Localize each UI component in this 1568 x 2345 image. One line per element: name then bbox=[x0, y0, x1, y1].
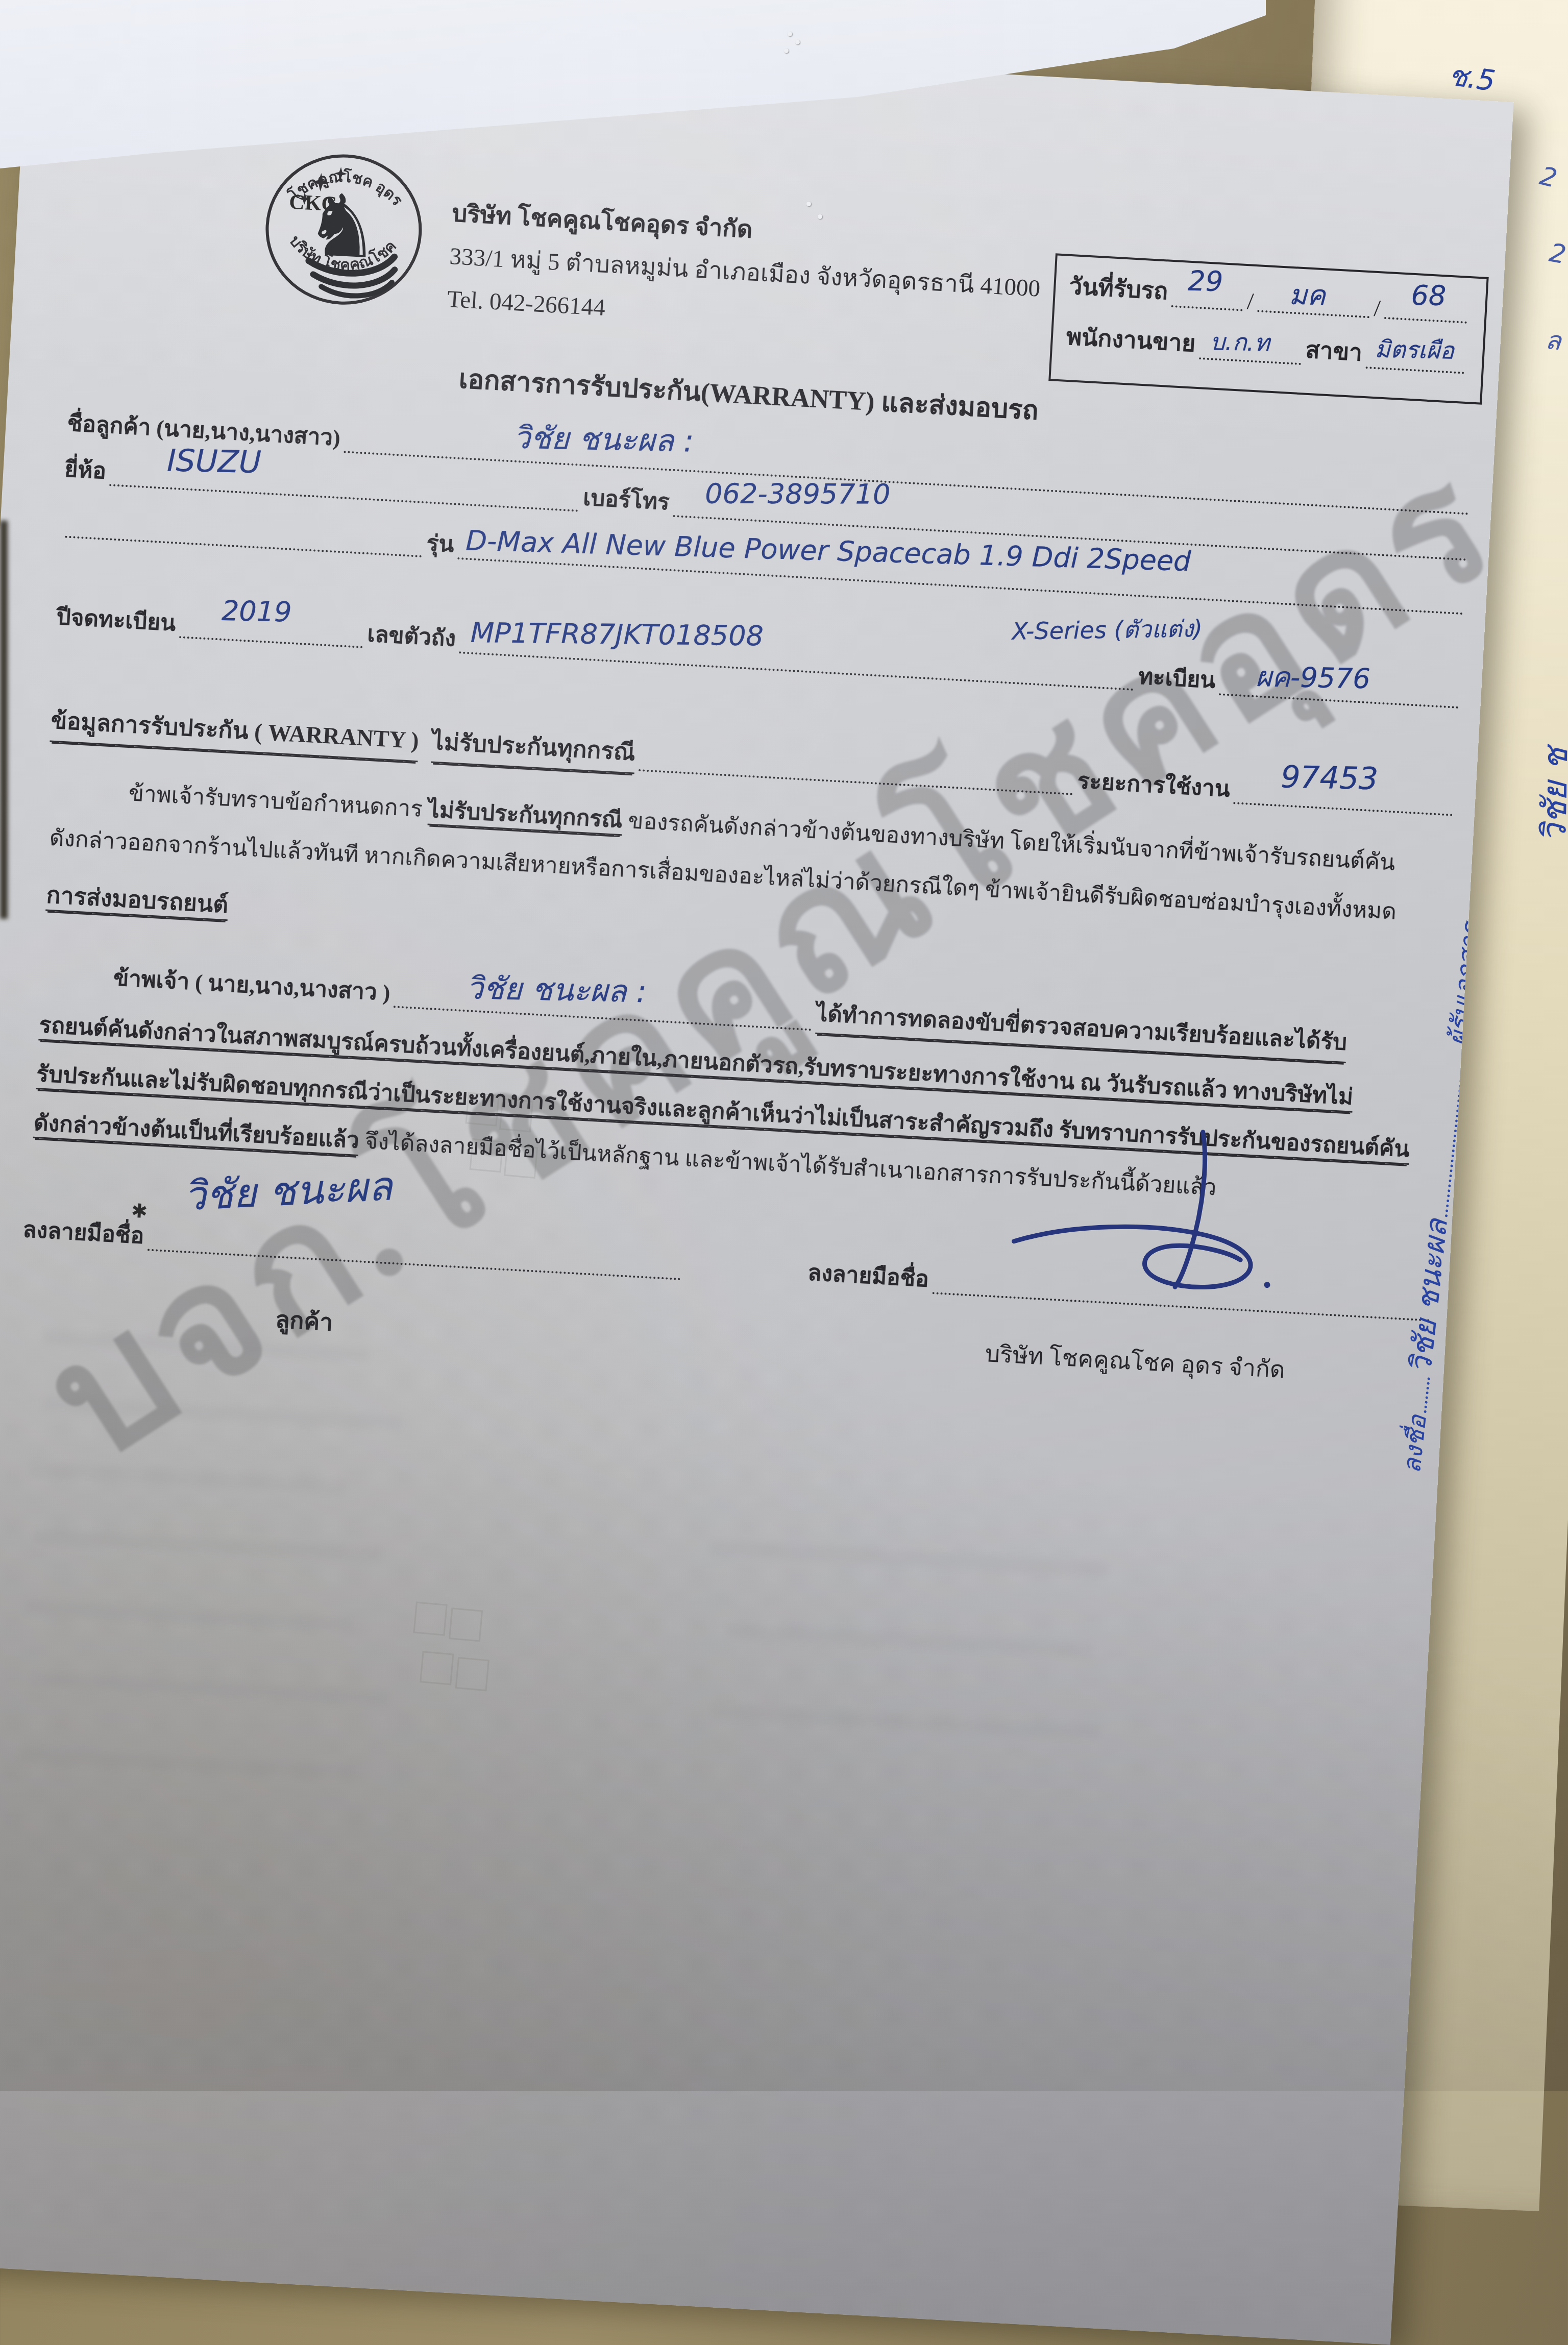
edge-vertical-handwriting: วิชัย ช bbox=[1527, 747, 1568, 843]
delivery-heading: การส่งมอบรถยนต์ bbox=[45, 876, 229, 924]
dotted-line: 68 bbox=[1384, 311, 1467, 324]
slash: / bbox=[1246, 287, 1255, 315]
customer-signature-handwriting: วิชัย ชนะผล bbox=[182, 1154, 394, 1228]
dotted-line bbox=[65, 530, 422, 557]
warranty-info-value: ไม่รับประกันทุกกรณี bbox=[431, 723, 636, 774]
paragraph-text: ข้าพเจ้ารับทราบข้อกำหนดการ bbox=[52, 776, 429, 822]
delivery-line1: ได้ทำการทดลองขับขี่ตรวจสอบความเรียบร้อยแ… bbox=[815, 995, 1348, 1063]
sign-label-left: ลงลายมือชื่อ bbox=[22, 1211, 145, 1254]
dotted-line: มค bbox=[1257, 304, 1370, 318]
receive-date-box: วันที่รับรถ 29 / มค / 68 พนักงานขาย บ.ก.… bbox=[1048, 253, 1488, 404]
company-signature-flourish bbox=[981, 1116, 1306, 1307]
handwritten-chassis: MP1TFR87JKT018508 bbox=[471, 617, 764, 652]
dotted-line: บ.ก.ท bbox=[1199, 351, 1302, 365]
chassis-label: เลขตัวถัง bbox=[366, 616, 457, 656]
declarer-label: ข้าพเจ้า ( นาย,นาง,นางสาว ) bbox=[41, 956, 391, 1010]
bleedthrough-line bbox=[30, 1462, 347, 1494]
handwritten-seller: บ.ก.ท bbox=[1210, 323, 1270, 361]
branch-label: สาขา bbox=[1305, 331, 1363, 372]
bleedthrough-line bbox=[726, 1623, 1094, 1658]
handwritten-customer-name: วิชัย ชนะผล : bbox=[512, 413, 694, 466]
warranty-document-page: บจก.โชคคูณโชคอุดร โชคคูณโชค อุดร บริษัท … bbox=[0, 20, 1514, 2091]
plate-label: ทะเบียน bbox=[1137, 658, 1216, 698]
seller-label: พนักงานขาย bbox=[1065, 318, 1196, 362]
slash: / bbox=[1373, 295, 1381, 322]
pinhole bbox=[806, 202, 811, 206]
handwritten-reg-year: 2019 bbox=[221, 595, 292, 628]
bleedthrough-line bbox=[34, 1529, 381, 1562]
bleedthrough-line bbox=[31, 1672, 388, 1705]
phone-label: เบอร์โทร bbox=[582, 479, 671, 520]
dotted-line bbox=[639, 763, 1073, 795]
underlined-text: ดังกล่าวข้างต้นเป็นที่เรียบร้อยแล้ว bbox=[33, 1110, 360, 1156]
dotted-line: 2019 bbox=[179, 630, 363, 648]
bleedthrough-line bbox=[19, 1748, 351, 1780]
dotted-line: 29 bbox=[1171, 299, 1243, 311]
warranty-info-label: ข้อมูลการรับประกัน ( WARRANTY ) bbox=[50, 702, 420, 763]
bleedthrough-line bbox=[712, 1704, 1099, 1740]
delivery-heading-text: การส่งมอบรถยนต์ bbox=[45, 882, 229, 921]
dotted-line: มิตรเผือ bbox=[1365, 360, 1464, 374]
photo-of-warranty-document: { "logo": { "abbr": "CKC", "ring_top": "… bbox=[0, 0, 1568, 2091]
pinhole bbox=[818, 214, 822, 219]
sign-label-right: ลงลายมือชื่อ bbox=[807, 1255, 930, 1297]
reg-year-label: ปีจดทะเบียน bbox=[56, 599, 177, 641]
company-header: บริษัท โชคคูณโชคอุดร จำกัด 333/1 หมู่ 5 … bbox=[446, 192, 1044, 353]
bleedthrough-line bbox=[710, 1541, 1109, 1577]
bleedthrough-checkbox bbox=[455, 1657, 489, 1691]
dotted-line: MP1TFR87JKT018508 bbox=[459, 645, 1134, 691]
pen-mark-icon: ✱ bbox=[131, 1200, 148, 1224]
receive-date-label: วันที่รับรถ bbox=[1068, 267, 1169, 310]
desk-shadow-sliver bbox=[0, 521, 8, 919]
handwritten-phone: 062-3895710 bbox=[705, 478, 890, 510]
handwritten-plate: ผค-9576 bbox=[1255, 654, 1370, 700]
bleedthrough-checkbox bbox=[420, 1651, 454, 1685]
bleedthrough-line bbox=[24, 1600, 352, 1632]
bleedthrough-checkbox bbox=[449, 1607, 483, 1642]
paragraph-emphasis: ไม่รับประกันทุกกรณี bbox=[427, 797, 623, 836]
handwritten-brand: ISUZU bbox=[167, 443, 262, 480]
handwritten-declarer-name: วิชัย ชนะผล : bbox=[465, 964, 647, 1016]
pinhole bbox=[784, 48, 789, 53]
handwritten-usage: 97453 bbox=[1281, 759, 1379, 797]
handwritten-year: 68 bbox=[1411, 279, 1447, 312]
corner-note-handwriting: ช.5 bbox=[1445, 52, 1498, 104]
bleedthrough-checkbox bbox=[413, 1601, 447, 1635]
dotted-line: 97453 bbox=[1233, 796, 1453, 816]
handwritten-month: มค bbox=[1288, 273, 1326, 317]
model-label: รุ่น bbox=[426, 525, 455, 563]
pinhole bbox=[788, 32, 792, 36]
dotted-line: ISUZU bbox=[109, 478, 578, 512]
blue-dotted-line bbox=[1419, 1377, 1430, 1413]
brand-label: ยี่ห้อ bbox=[64, 451, 107, 488]
pinhole bbox=[795, 40, 800, 44]
company-role-label: บริษัท โชคคูณโชค อุดร จำกัด bbox=[854, 1328, 1416, 1396]
handwritten-branch: มิตรเผือ bbox=[1375, 331, 1455, 370]
handwritten-model-extra: X-Series (ตัวแต่ง) bbox=[1012, 610, 1203, 650]
company-logo: โชคคูณโชค อุดร บริษัท โชคคูณโชค CKC ♞ bbox=[258, 143, 430, 315]
margin-sign-label: ลงชื่อ bbox=[1398, 1413, 1432, 1475]
handwritten-day: 29 bbox=[1188, 265, 1223, 298]
